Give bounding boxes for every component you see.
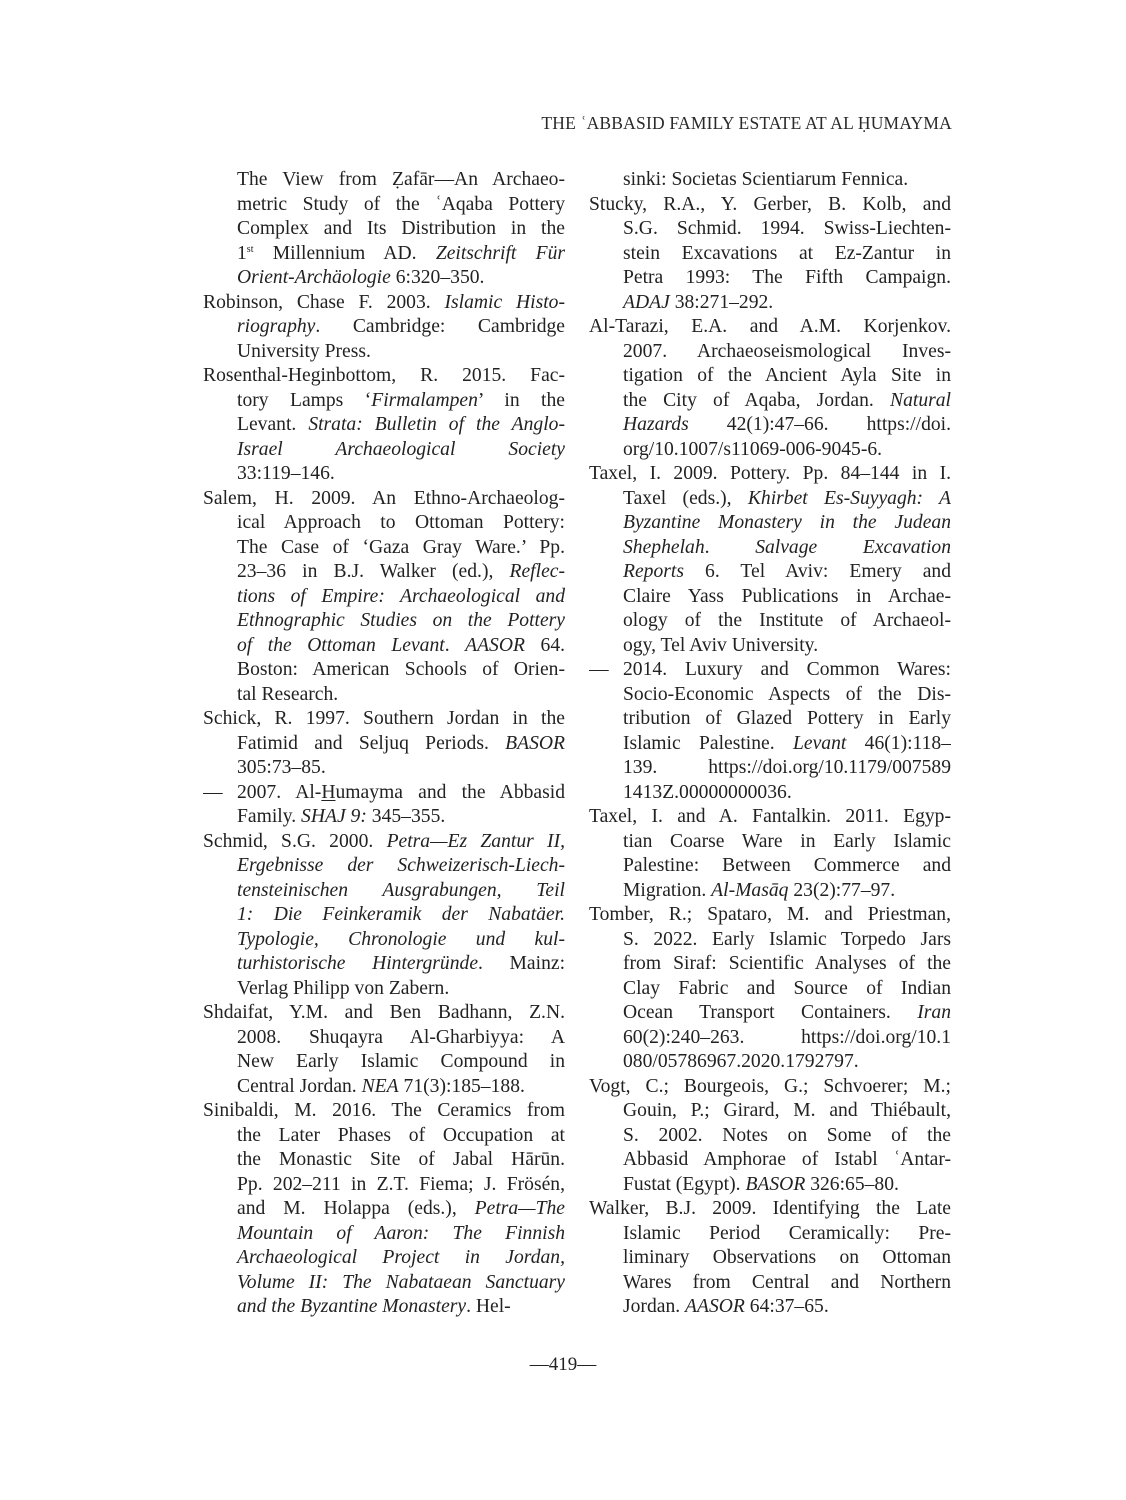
text-run: liminary Observations on Ottoman	[623, 1247, 951, 1268]
text-run: Clay Fabric and Source of Indian	[623, 978, 951, 999]
reference-line: turhistorische Hintergründe. Mainz:	[203, 952, 565, 977]
italic-run: Orient-Archäologie	[237, 267, 391, 288]
reference-line: Family. SHAJ 9: 345–355.	[203, 805, 565, 830]
text-run: S. 2002. Notes on Some of the	[623, 1125, 951, 1146]
text-run: Islamic Palestine.	[623, 733, 793, 754]
italic-run: ADAJ	[623, 292, 670, 313]
text-run: S.G. Schmid. 1994. Swiss-Liechten-	[623, 218, 951, 239]
text-run: 2007. Archaeoseismological Inves-	[623, 341, 951, 362]
text-run: Boston: American Schools of Orien-	[237, 659, 565, 680]
reference-line: S. 2002. Notes on Some of the	[589, 1124, 951, 1149]
italic-run: Strata: Bulletin of the Anglo-	[308, 414, 565, 435]
italic-run: Mountain of Aaron: The Finnish	[237, 1223, 565, 1244]
italic-run: riography	[237, 316, 315, 337]
text-run: Petra 1993: The Fifth Campaign.	[623, 267, 951, 288]
reference-line: Tomber, R.; Spataro, M. and Priestman,	[589, 903, 951, 928]
reference-entry: Salem, H. 2009. An Ethno-Archaeolog-ical…	[203, 487, 565, 708]
text-run: 080/05786967.2020.1792797.	[623, 1051, 859, 1072]
text-run: umayma and the Abbasid	[335, 782, 565, 803]
reference-line: 1413Z.00000000036.	[589, 781, 951, 806]
reference-line: Complex and Its Distribution in the	[203, 217, 565, 242]
italic-run: BASOR	[505, 733, 565, 754]
reference-line: tigation of the Ancient Ayla Site in	[589, 364, 951, 389]
reference-line: Gouin, P.; Girard, M. and Thiébault,	[589, 1099, 951, 1124]
reference-line: Jordan. AASOR 64:37–65.	[589, 1295, 951, 1320]
text-run: Sinibaldi, M. 2016. The Ceramics from	[203, 1100, 565, 1121]
italic-run: tensteinischen Ausgrabungen, Teil	[237, 880, 565, 901]
text-run: Walker, B.J. 2009. Identifying the Late	[589, 1198, 951, 1219]
text-run: Claire Yass Publications in Archae-	[623, 586, 951, 607]
reference-line: S. 2022. Early Islamic Torpedo Jars	[589, 928, 951, 953]
reference-entry: Taxel, I. 2009. Pottery. Pp. 84–144 in I…	[589, 462, 951, 658]
reference-line: —2007. Al-Humayma and the Abbasid	[203, 781, 565, 806]
text-run: Vogt, C.; Bourgeois, G.; Schvoerer; M.;	[589, 1076, 951, 1097]
reference-entry: Vogt, C.; Bourgeois, G.; Schvoerer; M.;G…	[589, 1075, 951, 1198]
text-run: the Monastic Site of Jabal Hārūn.	[237, 1149, 565, 1170]
reference-entry-continuation: sinki: Societas Scientiarum Fennica.	[589, 168, 951, 193]
reference-line: Migration. Al-Masāq 23(2):77–97.	[589, 879, 951, 904]
reference-line: 1: Die Feinkeramik der Nabatäer.	[203, 903, 565, 928]
reference-line: ADAJ 38:271–292.	[589, 291, 951, 316]
italic-run: and the Byzantine Monastery	[237, 1296, 466, 1317]
text-run: H	[321, 782, 335, 803]
reference-line: the Monastic Site of Jabal Hārūn.	[203, 1148, 565, 1173]
italic-run: turhistorische Hintergründe	[237, 953, 478, 974]
text-run: 64:37–65.	[745, 1296, 829, 1317]
italic-run: Petra—Ez Zantur II,	[387, 831, 565, 852]
text-run: 33:119–146.	[237, 463, 335, 484]
italic-run: tions of Empire: Archaeological and	[237, 586, 565, 607]
italic-run: Reports	[623, 561, 684, 582]
reference-entry: Shdaifat, Y.M. and Ben Badhann, Z.N.2008…	[203, 1001, 565, 1099]
reference-line: and M. Holappa (eds.), Petra—The	[203, 1197, 565, 1222]
reference-line: Levant. Strata: Bulletin of the Anglo-	[203, 413, 565, 438]
reference-line: 080/05786967.2020.1792797.	[589, 1050, 951, 1075]
text-run: Schmid, S.G. 2000.	[203, 831, 387, 852]
reference-entry: Rosenthal-Heginbottom, R. 2015. Fac-tory…	[203, 364, 565, 487]
reference-line: metric Study of the ʿAqaba Pottery	[203, 193, 565, 218]
text-run: New Early Islamic Compound in	[237, 1051, 565, 1072]
reference-line: tions of Empire: Archaeological and	[203, 585, 565, 610]
reference-line: sinki: Societas Scientiarum Fennica.	[589, 168, 951, 193]
reference-line: org/10.1007/s11069-006-9045-6.	[589, 438, 951, 463]
text-run: Levant.	[237, 414, 308, 435]
reference-line: Taxel, I. 2009. Pottery. Pp. 84–144 in I…	[589, 462, 951, 487]
text-run: 1413Z.00000000036.	[623, 782, 792, 803]
italic-run: of the Ottoman Levant	[237, 635, 445, 656]
italic-run: Archaeological Project in Jordan,	[237, 1247, 565, 1268]
reference-line: Wares from Central and Northern	[589, 1271, 951, 1296]
text-run: 60(2):240–263. https://doi.org/10.1	[623, 1027, 951, 1048]
text-run: 305:73–85.	[237, 757, 326, 778]
reference-line: Islamic Period Ceramically: Pre-	[589, 1222, 951, 1247]
reference-line: Salem, H. 2009. An Ethno-Archaeolog-	[203, 487, 565, 512]
italic-run: Byzantine Monastery in the Judean	[623, 512, 951, 533]
running-head: THE ʿABBASID FAMILY ESTATE AT AL ḤUMAYMA	[541, 113, 952, 134]
reference-line: Orient-Archäologie 6:320–350.	[203, 266, 565, 291]
reference-entry: Tomber, R.; Spataro, M. and Priestman,S.…	[589, 903, 951, 1075]
text-run: 6. Tel Aviv: Emery and	[684, 561, 951, 582]
reference-line: Mountain of Aaron: The Finnish	[203, 1222, 565, 1247]
italic-run: Hazards	[623, 414, 689, 435]
text-run: Taxel, I. 2009. Pottery. Pp. 84–144 in I…	[589, 463, 951, 484]
reference-line: 305:73–85.	[203, 756, 565, 781]
text-run: S. 2022. Early Islamic Torpedo Jars	[623, 929, 951, 950]
reference-line: ology of the Institute of Archaeol-	[589, 609, 951, 634]
reference-line: Ethnographic Studies on the Pottery	[203, 609, 565, 634]
text-run: Al-Tarazi, E.A. and A.M. Korjenkov.	[589, 316, 951, 337]
text-run: 139. https://doi.org/10.1179/007589	[623, 757, 951, 778]
text-run: The Case of ‘Gaza Gray Ware.’ Pp.	[237, 537, 565, 558]
italic-run: Typologie, Chronologie und kul-	[237, 929, 565, 950]
reference-line: —2014. Luxury and Common Wares:	[589, 658, 951, 683]
reference-line: Verlag Philipp von Zabern.	[203, 977, 565, 1002]
text-run: 71(3):185–188.	[399, 1076, 525, 1097]
reference-line: Clay Fabric and Source of Indian	[589, 977, 951, 1002]
ditto-dash: —	[589, 658, 609, 683]
reference-entry: Al-Tarazi, E.A. and A.M. Korjenkov.2007.…	[589, 315, 951, 462]
reference-line: ogy, Tel Aviv University.	[589, 634, 951, 659]
italic-run: BASOR	[745, 1174, 805, 1195]
text-run: 42(1):47–66. https://doi.	[689, 414, 951, 435]
bibliography-column-right: sinki: Societas Scientiarum Fennica.Stuc…	[589, 168, 951, 1320]
reference-line: S.G. Schmid. 1994. Swiss-Liechten-	[589, 217, 951, 242]
text-run: 2008. Shuqayra Al-Gharbiyya: A	[237, 1027, 565, 1048]
reference-line: Schmid, S.G. 2000. Petra—Ez Zantur II,	[203, 830, 565, 855]
reference-entry: Taxel, I. and A. Fantalkin. 2011. Egyp-t…	[589, 805, 951, 903]
reference-line: and the Byzantine Monastery. Hel-	[203, 1295, 565, 1320]
ditto-dash: —	[203, 781, 223, 806]
text-run: Gouin, P.; Girard, M. and Thiébault,	[623, 1100, 951, 1121]
page-number: —419—	[0, 1354, 1126, 1376]
italic-run: NEA	[362, 1076, 399, 1097]
reference-line: University Press.	[203, 340, 565, 365]
reference-line: Boston: American Schools of Orien-	[203, 658, 565, 683]
text-run: Verlag Philipp von Zabern.	[237, 978, 449, 999]
text-run: Ocean Transport Containers.	[623, 1002, 917, 1023]
reference-entry: Sinibaldi, M. 2016. The Ceramics fromthe…	[203, 1099, 565, 1320]
reference-line: tory Lamps ‘Firmalampen’ in the	[203, 389, 565, 414]
text-run: tigation of the Ancient Ayla Site in	[623, 365, 951, 386]
reference-line: 1st Millennium AD. Zeitschrift Für	[203, 242, 565, 267]
text-run: metric Study of the ʿAqaba Pottery	[237, 194, 565, 215]
text-run: The View from Ẓafār—An Archaeo-	[237, 169, 565, 190]
reference-entry: Schmid, S.G. 2000. Petra—Ez Zantur II,Er…	[203, 830, 565, 1002]
reference-line: Shdaifat, Y.M. and Ben Badhann, Z.N.	[203, 1001, 565, 1026]
italic-run: Iran	[917, 1002, 951, 1023]
text-run: Abbasid Amphorae of Istabl ʿAntar-	[623, 1149, 951, 1170]
reference-line: Schick, R. 1997. Southern Jordan in the	[203, 707, 565, 732]
reference-line: Islamic Palestine. Levant 46(1):118–	[589, 732, 951, 757]
text-run: Stucky, R.A., Y. Gerber, B. Kolb, and	[589, 194, 951, 215]
reference-line: Palestine: Between Commerce and	[589, 854, 951, 879]
italic-run: Natural	[890, 390, 951, 411]
italic-run: Volume II: The Nabataean Sanctuary	[237, 1272, 565, 1293]
reference-line: Claire Yass Publications in Archae-	[589, 585, 951, 610]
text-run: Tomber, R.; Spataro, M. and Priestman,	[589, 904, 951, 925]
text-run: 2014. Luxury and Common Wares:	[623, 659, 951, 680]
text-run: Fatimid and Seljuq Periods.	[237, 733, 505, 754]
reference-line: Rosenthal-Heginbottom, R. 2015. Fac-	[203, 364, 565, 389]
reference-line: Sinibaldi, M. 2016. The Ceramics from	[203, 1099, 565, 1124]
reference-line: ical Approach to Ottoman Pottery:	[203, 511, 565, 536]
text-run: tal Research.	[237, 684, 338, 705]
text-run: Taxel (eds.),	[623, 488, 748, 509]
italic-run: SHAJ 9:	[301, 806, 367, 827]
italic-run: Shephelah	[623, 537, 705, 558]
text-run: Jordan.	[623, 1296, 685, 1317]
text-run: 46(1):118–	[846, 733, 951, 754]
reference-entry: —2014. Luxury and Common Wares:Socio-Eco…	[589, 658, 951, 805]
reference-line: liminary Observations on Ottoman	[589, 1246, 951, 1271]
reference-line: Byzantine Monastery in the Judean	[589, 511, 951, 536]
text-run: Shdaifat, Y.M. and Ben Badhann, Z.N.	[203, 1002, 565, 1023]
reference-line: from Siraf: Scientific Analyses of the	[589, 952, 951, 977]
reference-line: Taxel, I. and A. Fantalkin. 2011. Egyp-	[589, 805, 951, 830]
text-run: 345–355.	[367, 806, 445, 827]
text-run: ology of the Institute of Archaeol-	[623, 610, 951, 631]
reference-line: Archaeological Project in Jordan,	[203, 1246, 565, 1271]
text-run: sinki: Societas Scientiarum Fennica.	[623, 169, 908, 190]
reference-line: Fustat (Egypt). BASOR 326:65–80.	[589, 1173, 951, 1198]
reference-line: 2008. Shuqayra Al-Gharbiyya: A	[203, 1026, 565, 1051]
italic-run: Ergebnisse der Schweizerisch-Liech-	[237, 855, 565, 876]
reference-line: Central Jordan. NEA 71(3):185–188.	[203, 1075, 565, 1100]
text-run: Wares from Central and Northern	[623, 1272, 951, 1293]
reference-entry: Walker, B.J. 2009. Identifying the LateI…	[589, 1197, 951, 1320]
italic-run: Reflec-	[510, 561, 565, 582]
italic-run: Israel Archaeological Society	[237, 439, 565, 460]
reference-line: 33:119–146.	[203, 462, 565, 487]
text-run: Fustat (Egypt).	[623, 1174, 745, 1195]
reference-line: the Later Phases of Occupation at	[203, 1124, 565, 1149]
italic-run: Islamic Histo-	[445, 292, 566, 313]
reference-line: Typologie, Chronologie und kul-	[203, 928, 565, 953]
reference-line: 60(2):240–263. https://doi.org/10.1	[589, 1026, 951, 1051]
text-run: the City of Aqaba, Jordan.	[623, 390, 890, 411]
reference-line: 23–36 in B.J. Walker (ed.), Reflec-	[203, 560, 565, 585]
italic-run: Levant	[793, 733, 846, 754]
reference-line: stein Excavations at Ez-Zantur in	[589, 242, 951, 267]
text-run: org/10.1007/s11069-006-9045-6.	[623, 439, 882, 460]
text-run: tian Coarse Ware in Early Islamic	[623, 831, 951, 852]
reference-line: Petra 1993: The Fifth Campaign.	[589, 266, 951, 291]
text-run: . Mainz:	[478, 953, 565, 974]
reference-line: riography. Cambridge: Cambridge	[203, 315, 565, 340]
text-run: 1	[237, 243, 247, 264]
reference-line: Socio-Economic Aspects of the Dis-	[589, 683, 951, 708]
text-run: Pp. 202–211 in Z.T. Fiema; J. Frösén,	[237, 1174, 565, 1195]
italic-run: Salvage Excavation	[755, 537, 951, 558]
text-run: .	[705, 537, 756, 558]
text-run: Migration.	[623, 880, 711, 901]
italic-run: Al-Masāq	[711, 880, 788, 901]
reference-line: tian Coarse Ware in Early Islamic	[589, 830, 951, 855]
reference-line: Vogt, C.; Bourgeois, G.; Schvoerer; M.;	[589, 1075, 951, 1100]
text-run: 2007. Al-	[237, 782, 321, 803]
reference-line: Fatimid and Seljuq Periods. BASOR	[203, 732, 565, 757]
reference-line: Abbasid Amphorae of Istabl ʿAntar-	[589, 1148, 951, 1173]
text-run: .	[445, 635, 465, 656]
reference-line: Volume II: The Nabataean Sanctuary	[203, 1271, 565, 1296]
text-run: Salem, H. 2009. An Ethno-Archaeolog-	[203, 488, 565, 509]
reference-line: Israel Archaeological Society	[203, 438, 565, 463]
text-run: 64.	[525, 635, 565, 656]
italic-run: Khirbet Es-Suyyagh: A	[748, 488, 951, 509]
text-run: Family.	[237, 806, 301, 827]
reference-line: Pp. 202–211 in Z.T. Fiema; J. Frösén,	[203, 1173, 565, 1198]
reference-line: 2007. Archaeoseismological Inves-	[589, 340, 951, 365]
reference-line: Ergebnisse der Schweizerisch-Liech-	[203, 854, 565, 879]
text-run: 23–36 in B.J. Walker (ed.),	[237, 561, 510, 582]
text-run: ogy, Tel Aviv University.	[623, 635, 818, 656]
text-run: Millennium AD.	[253, 243, 435, 264]
text-run: Palestine: Between Commerce and	[623, 855, 951, 876]
italic-run: 1: Die Feinkeramik der Nabatäer.	[237, 904, 565, 925]
reference-line: tribution of Glazed Pottery in Early	[589, 707, 951, 732]
reference-line: Stucky, R.A., Y. Gerber, B. Kolb, and	[589, 193, 951, 218]
text-run: ’ in the	[478, 390, 565, 411]
italic-run: Zeitschrift Für	[436, 243, 565, 264]
reference-entry: Schick, R. 1997. Southern Jordan in theF…	[203, 707, 565, 781]
text-run: . Cambridge: Cambridge	[315, 316, 565, 337]
text-run: and M. Holappa (eds.),	[237, 1198, 475, 1219]
italic-run: Petra—The	[475, 1198, 565, 1219]
text-run: Socio-Economic Aspects of the Dis-	[623, 684, 951, 705]
reference-line: The View from Ẓafār—An Archaeo-	[203, 168, 565, 193]
reference-line: Ocean Transport Containers. Iran	[589, 1001, 951, 1026]
bibliography-column-left: The View from Ẓafār—An Archaeo-metric St…	[203, 168, 565, 1320]
text-run: Complex and Its Distribution in the	[237, 218, 565, 239]
reference-line: The Case of ‘Gaza Gray Ware.’ Pp.	[203, 536, 565, 561]
italic-run: AASOR	[465, 635, 525, 656]
reference-line: New Early Islamic Compound in	[203, 1050, 565, 1075]
reference-line: Al-Tarazi, E.A. and A.M. Korjenkov.	[589, 315, 951, 340]
italic-run: Firmalampen	[371, 390, 478, 411]
reference-line: Taxel (eds.), Khirbet Es-Suyyagh: A	[589, 487, 951, 512]
text-run: Rosenthal-Heginbottom, R. 2015. Fac-	[203, 365, 565, 386]
text-run: Central Jordan.	[237, 1076, 362, 1097]
text-run: tory Lamps ‘	[237, 390, 371, 411]
reference-line: Hazards 42(1):47–66. https://doi.	[589, 413, 951, 438]
text-run: 6:320–350.	[391, 267, 485, 288]
reference-entry: Stucky, R.A., Y. Gerber, B. Kolb, andS.G…	[589, 193, 951, 316]
text-run: University Press.	[237, 341, 371, 362]
reference-line: of the Ottoman Levant. AASOR 64.	[203, 634, 565, 659]
reference-line: the City of Aqaba, Jordan. Natural	[589, 389, 951, 414]
text-run: . Hel-	[466, 1296, 511, 1317]
reference-line: tensteinischen Ausgrabungen, Teil	[203, 879, 565, 904]
text-run: 326:65–80.	[805, 1174, 899, 1195]
text-run: tribution of Glazed Pottery in Early	[623, 708, 951, 729]
text-run: Robinson, Chase F. 2003.	[203, 292, 445, 313]
italic-run: Ethnographic Studies on the Pottery	[237, 610, 565, 631]
text-run: stein Excavations at Ez-Zantur in	[623, 243, 951, 264]
text-run: Schick, R. 1997. Southern Jordan in the	[203, 708, 565, 729]
reference-line: Robinson, Chase F. 2003. Islamic Histo-	[203, 291, 565, 316]
text-run: 23(2):77–97.	[788, 880, 895, 901]
reference-entry-continuation: The View from Ẓafār—An Archaeo-metric St…	[203, 168, 565, 291]
text-run: 38:271–292.	[670, 292, 773, 313]
reference-line: Reports 6. Tel Aviv: Emery and	[589, 560, 951, 585]
reference-line: Walker, B.J. 2009. Identifying the Late	[589, 1197, 951, 1222]
text-run: Taxel, I. and A. Fantalkin. 2011. Egyp-	[589, 806, 951, 827]
text-run: the Later Phases of Occupation at	[237, 1125, 565, 1146]
reference-line: 139. https://doi.org/10.1179/007589	[589, 756, 951, 781]
reference-line: tal Research.	[203, 683, 565, 708]
reference-line: Shephelah. Salvage Excavation	[589, 536, 951, 561]
text-run: Islamic Period Ceramically: Pre-	[623, 1223, 951, 1244]
reference-entry: —2007. Al-Humayma and the AbbasidFamily.…	[203, 781, 565, 830]
text-run: from Siraf: Scientific Analyses of the	[623, 953, 951, 974]
reference-entry: Robinson, Chase F. 2003. Islamic Histo-r…	[203, 291, 565, 365]
text-run: ical Approach to Ottoman Pottery:	[237, 512, 565, 533]
italic-run: AASOR	[685, 1296, 745, 1317]
